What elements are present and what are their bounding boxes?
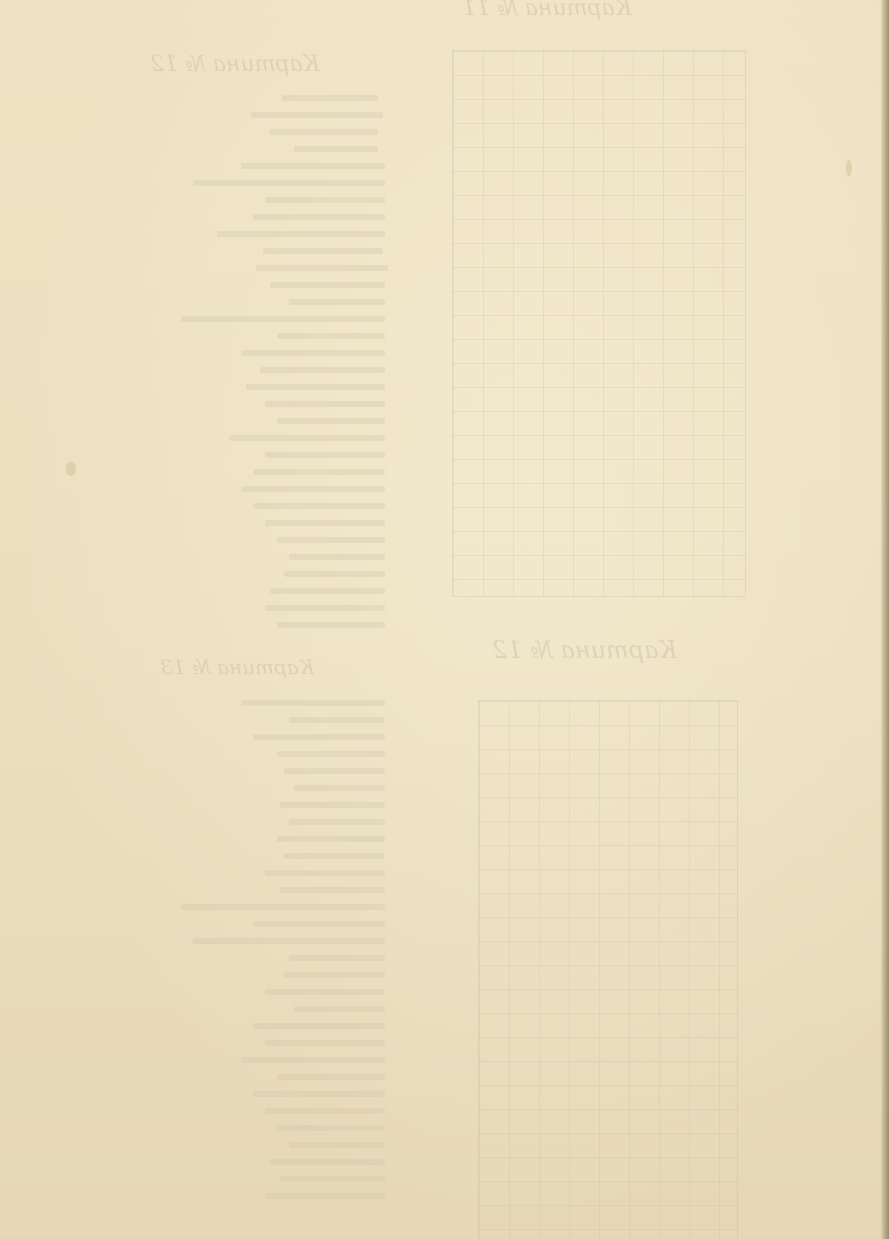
ghost-list-upper bbox=[150, 95, 390, 639]
ghost-table-lower bbox=[478, 700, 738, 1239]
paper-stain bbox=[846, 160, 852, 176]
page-edge-shadow bbox=[881, 0, 889, 1239]
paper-background bbox=[0, 0, 889, 1239]
ghost-heading-top-right: Картина № 11 bbox=[462, 0, 632, 21]
paper-stain bbox=[66, 462, 76, 476]
ghost-heading-mid-left: Картина № 13 bbox=[160, 655, 314, 679]
ghost-heading-top-left: Картина № 12 bbox=[150, 52, 320, 77]
ghost-heading-mid-right: Картина № 12 bbox=[492, 636, 677, 664]
ghost-list-lower bbox=[150, 700, 390, 1210]
ghost-table-upper bbox=[452, 50, 746, 597]
